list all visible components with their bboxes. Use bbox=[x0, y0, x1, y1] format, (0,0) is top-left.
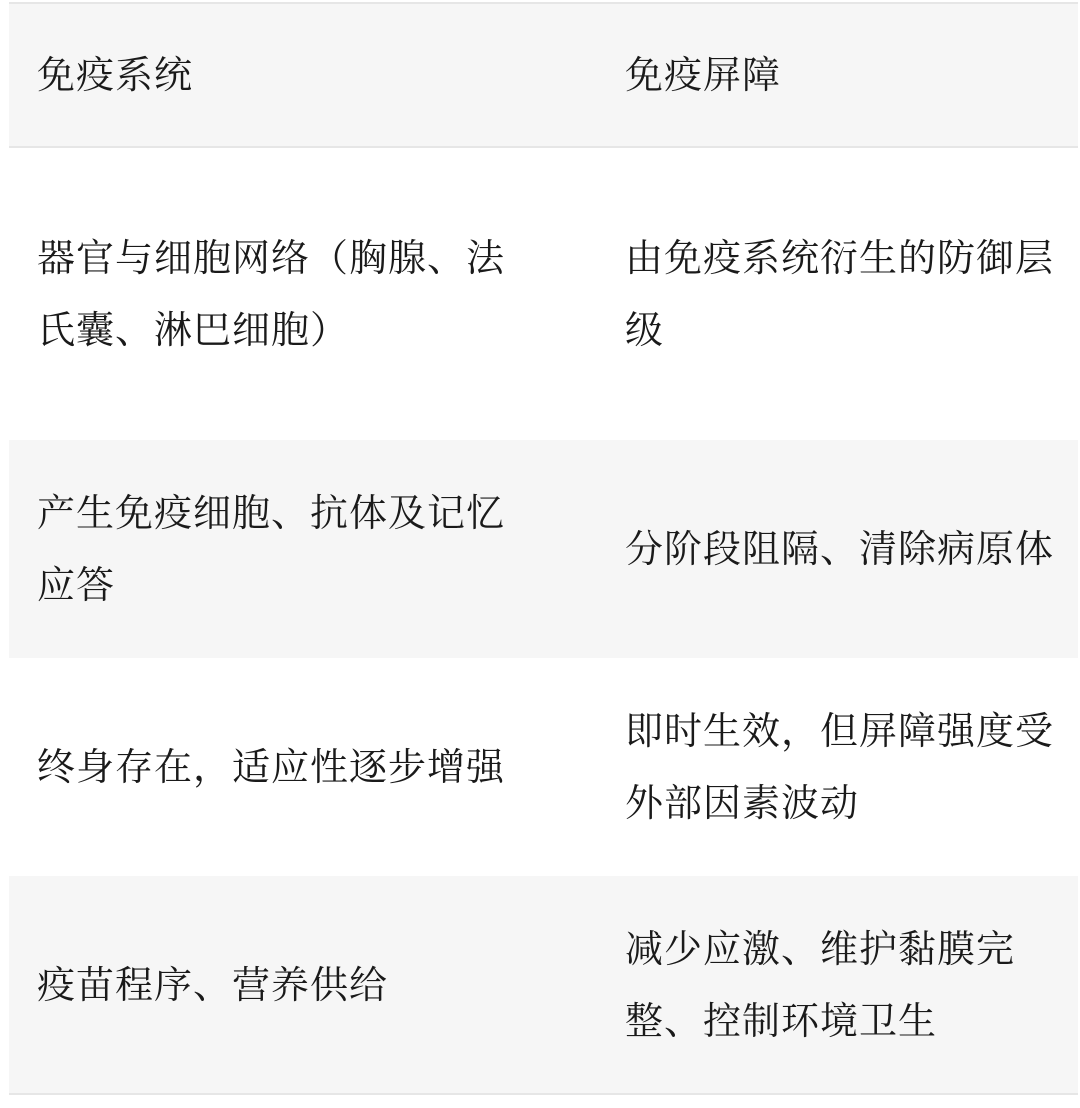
table-cell: 产生免疫细胞、抗体及记忆应答 bbox=[9, 440, 597, 658]
table-cell: 由免疫系统衍生的防御层级 bbox=[597, 147, 1078, 440]
column-header-immune-barrier: 免疫屏障 bbox=[597, 3, 1078, 147]
table-cell: 终身存在，适应性逐步增强 bbox=[9, 658, 597, 876]
table-row: 终身存在，适应性逐步增强 即时生效，但屏障强度受外部因素波动 bbox=[9, 658, 1078, 876]
table-row: 器官与细胞网络（胸腺、法氏囊、淋巴细胞） 由免疫系统衍生的防御层级 bbox=[9, 147, 1078, 440]
table-cell: 即时生效，但屏障强度受外部因素波动 bbox=[597, 658, 1078, 876]
table-row: 疫苗程序、营养供给 减少应激、维护黏膜完整、控制环境卫生 bbox=[9, 876, 1078, 1094]
table-body: 器官与细胞网络（胸腺、法氏囊、淋巴细胞） 由免疫系统衍生的防御层级 产生免疫细胞… bbox=[9, 147, 1078, 1094]
table-row: 产生免疫细胞、抗体及记忆应答 分阶段阻隔、清除病原体 bbox=[9, 440, 1078, 658]
table-cell: 器官与细胞网络（胸腺、法氏囊、淋巴细胞） bbox=[9, 147, 597, 440]
table-cell: 减少应激、维护黏膜完整、控制环境卫生 bbox=[597, 876, 1078, 1094]
table-cell: 疫苗程序、营养供给 bbox=[9, 876, 597, 1094]
table-cell: 分阶段阻隔、清除病原体 bbox=[597, 440, 1078, 658]
table-header: 免疫系统 免疫屏障 bbox=[9, 3, 1078, 147]
column-header-immune-system: 免疫系统 bbox=[9, 3, 597, 147]
comparison-table: 免疫系统 免疫屏障 器官与细胞网络（胸腺、法氏囊、淋巴细胞） 由免疫系统衍生的防… bbox=[9, 2, 1078, 1095]
header-row: 免疫系统 免疫屏障 bbox=[9, 3, 1078, 147]
